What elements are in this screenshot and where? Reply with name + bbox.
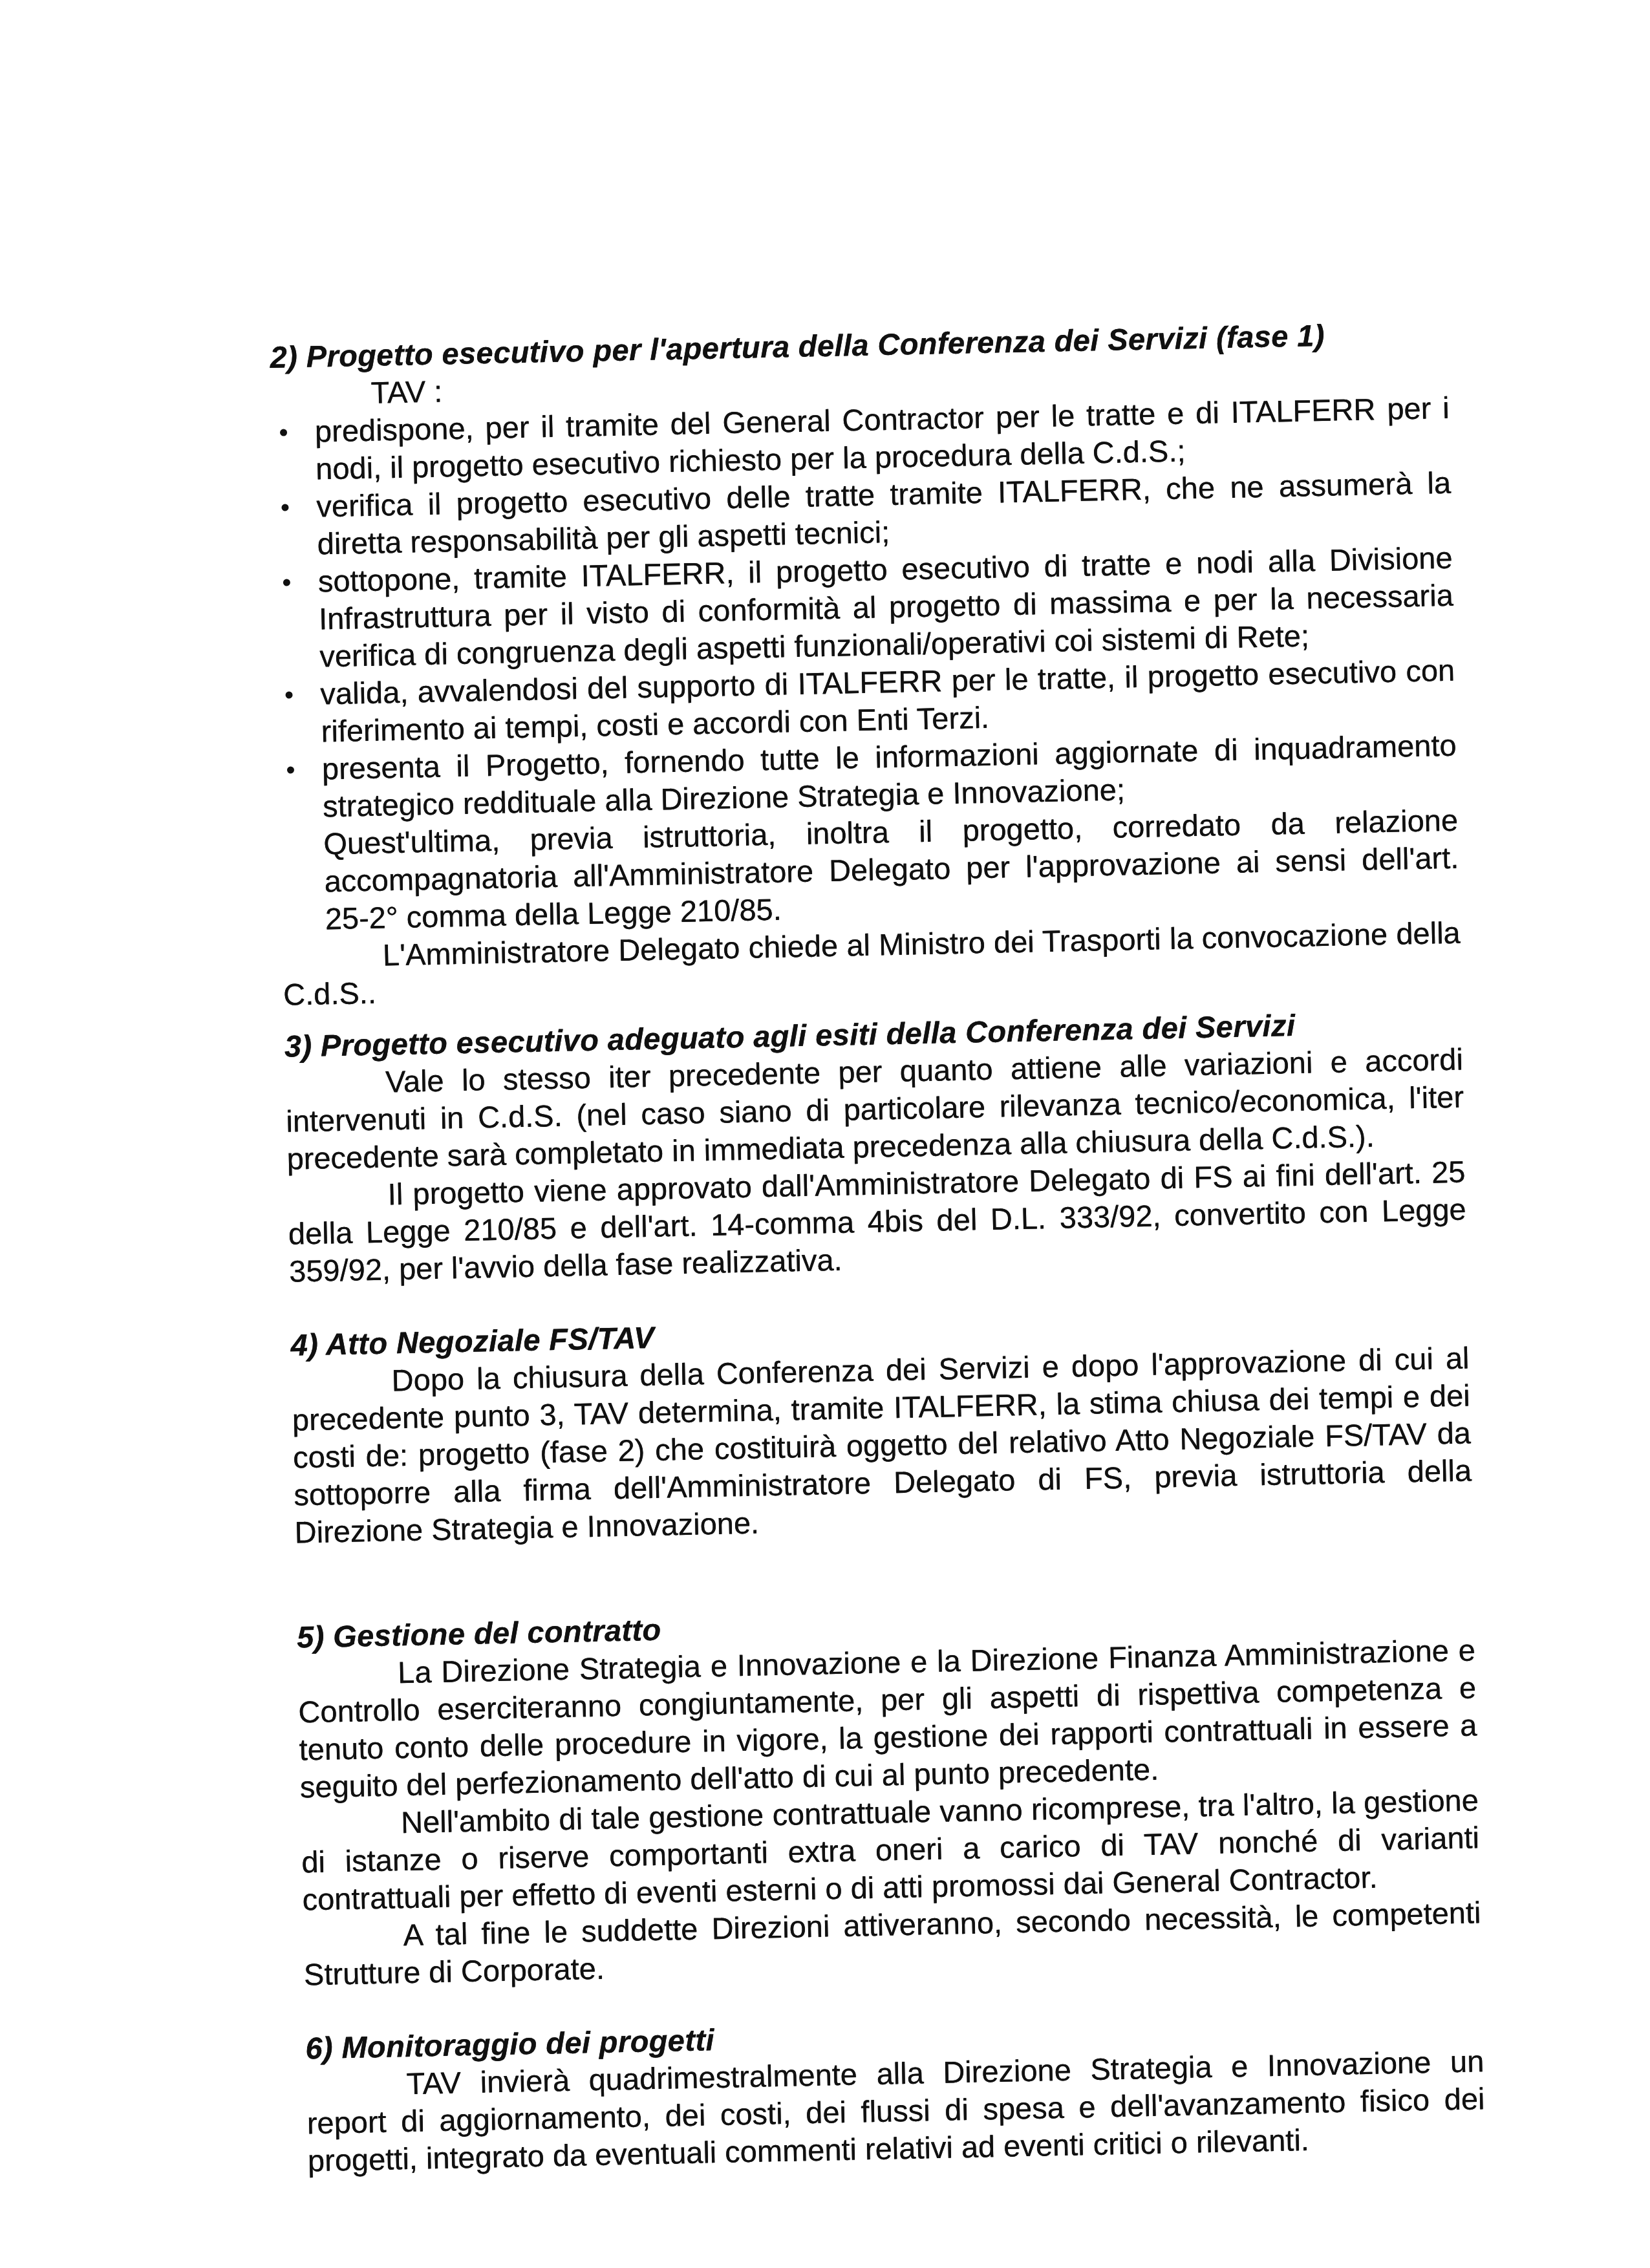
paragraph: Dopo la chiusura della Conferenza dei Se… [291, 1339, 1473, 1551]
document-section: 3) Progetto esecutivo adeguato agli esit… [284, 1003, 1467, 1290]
bullet-marker-icon [283, 579, 290, 586]
document-section: 6) Monitoraggio dei progettiTAV invierà … [305, 2005, 1486, 2179]
document-content: 2) Progetto esecutivo per l'apertura del… [270, 314, 1486, 2180]
paragraph: TAV invierà quadrimestralmente alla Dire… [306, 2042, 1486, 2179]
paragraph: Il progetto viene approvato dall'Amminis… [287, 1153, 1467, 1290]
bullet-marker-icon [280, 429, 287, 436]
document-section: 5) Gestione del contrattoLa Direzione St… [296, 1594, 1482, 1993]
document-section: 4) Atto Negoziale FS/TAVDopo la chiusura… [290, 1302, 1473, 1552]
bullet-list: predispone, per il tramite del General C… [271, 389, 1457, 826]
paragraph: La Direzione Strategia e Innovazione e l… [297, 1631, 1478, 1806]
bullet-marker-icon [287, 766, 294, 773]
bullet-marker-icon [285, 691, 292, 698]
scanned-page: 2) Progetto esecutivo per l'apertura del… [0, 0, 1650, 2268]
bullet-text: sottopone, tramite ITALFERR, il progetto… [317, 540, 1453, 674]
bullet-marker-icon [281, 504, 288, 511]
document-section: 2) Progetto esecutivo per l'apertura del… [270, 314, 1461, 1014]
